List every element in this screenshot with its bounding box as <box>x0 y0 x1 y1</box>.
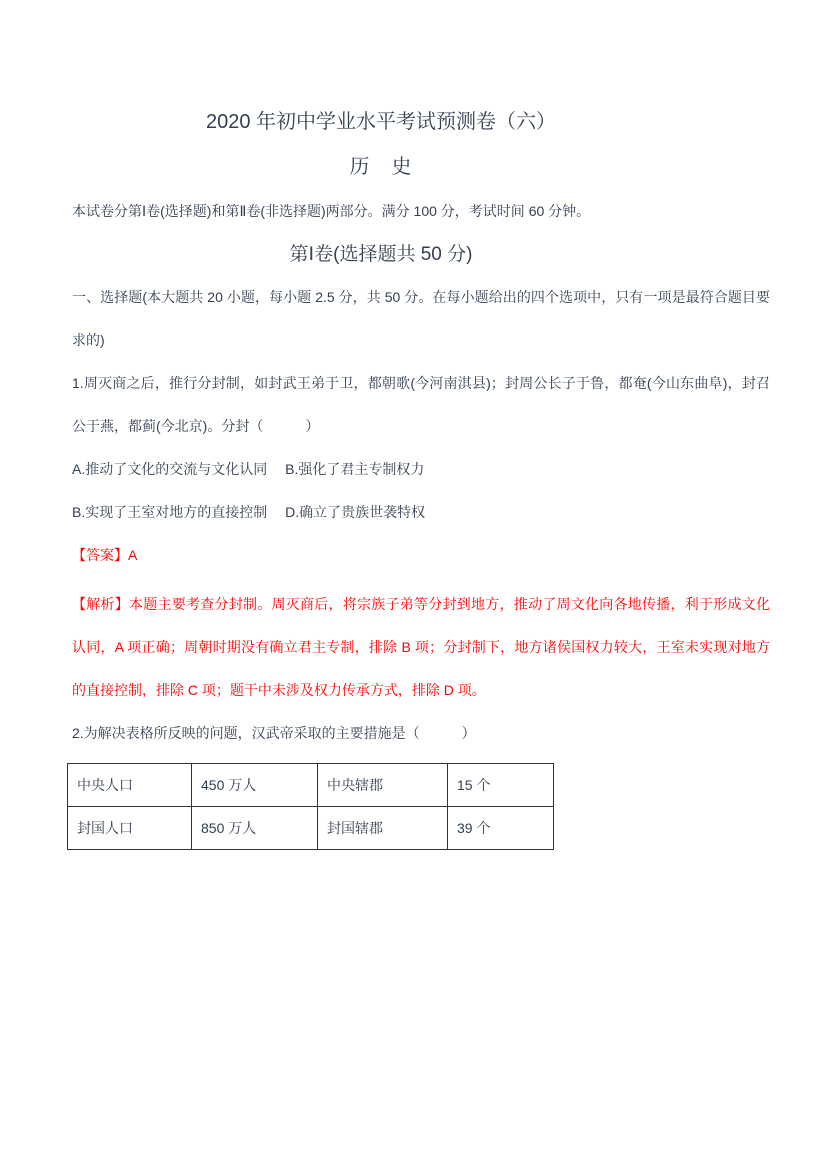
table-cell: 450 万人 <box>192 764 318 807</box>
exam-subject: 历 史 <box>72 145 690 190</box>
question1-analysis: 【解析】本题主要考查分封制。周灭商后，将宗族子弟等分封到地方，推动了周文化向各地… <box>72 583 770 712</box>
part1-heading: 第Ⅰ卷(选择题共 50 分) <box>72 233 690 276</box>
table-cell: 封国人口 <box>68 807 192 850</box>
question1-stem: 1.周灭商之后，推行分封制，如封武王弟于卫，都朝歌(今河南淇县)；封周公长子于鲁… <box>72 362 770 448</box>
question1-answer: 【答案】A <box>72 534 770 577</box>
exam-instructions: 本试卷分第Ⅰ卷(选择题)和第Ⅱ卷(非选择题)两部分。满分 100 分，考试时间 … <box>72 190 770 233</box>
table-row: 封国人口 850 万人 封国辖郡 39 个 <box>68 807 554 850</box>
question1-options-row2: B.实现了王室对地方的直接控制 D.确立了贵族世袭特权 <box>72 491 770 534</box>
table-row: 中央人口 450 万人 中央辖郡 15 个 <box>68 764 554 807</box>
table-cell: 15 个 <box>448 764 554 807</box>
question2-stem: 2.为解决表格所反映的问题，汉武帝采取的主要措施是（ ） <box>72 712 770 755</box>
table-cell: 39 个 <box>448 807 554 850</box>
question2-data-table: 中央人口 450 万人 中央辖郡 15 个 封国人口 850 万人 封国辖郡 3… <box>67 763 554 850</box>
table-cell: 中央人口 <box>68 764 192 807</box>
section1-intro: 一、选择题(本大题共 20 小题，每小题 2.5 分，共 50 分。在每小题给出… <box>72 276 770 362</box>
exam-document-page: 2020 年初中学业水平考试预测卷（六） 历 史 本试卷分第Ⅰ卷(选择题)和第Ⅱ… <box>0 0 827 1169</box>
exam-title: 2020 年初中学业水平考试预测卷（六） <box>72 100 690 145</box>
question1-options-row1: A.推动了文化的交流与文化认同 B.强化了君主专制权力 <box>72 448 770 491</box>
table-cell: 中央辖郡 <box>318 764 448 807</box>
table-cell: 850 万人 <box>192 807 318 850</box>
table-cell: 封国辖郡 <box>318 807 448 850</box>
